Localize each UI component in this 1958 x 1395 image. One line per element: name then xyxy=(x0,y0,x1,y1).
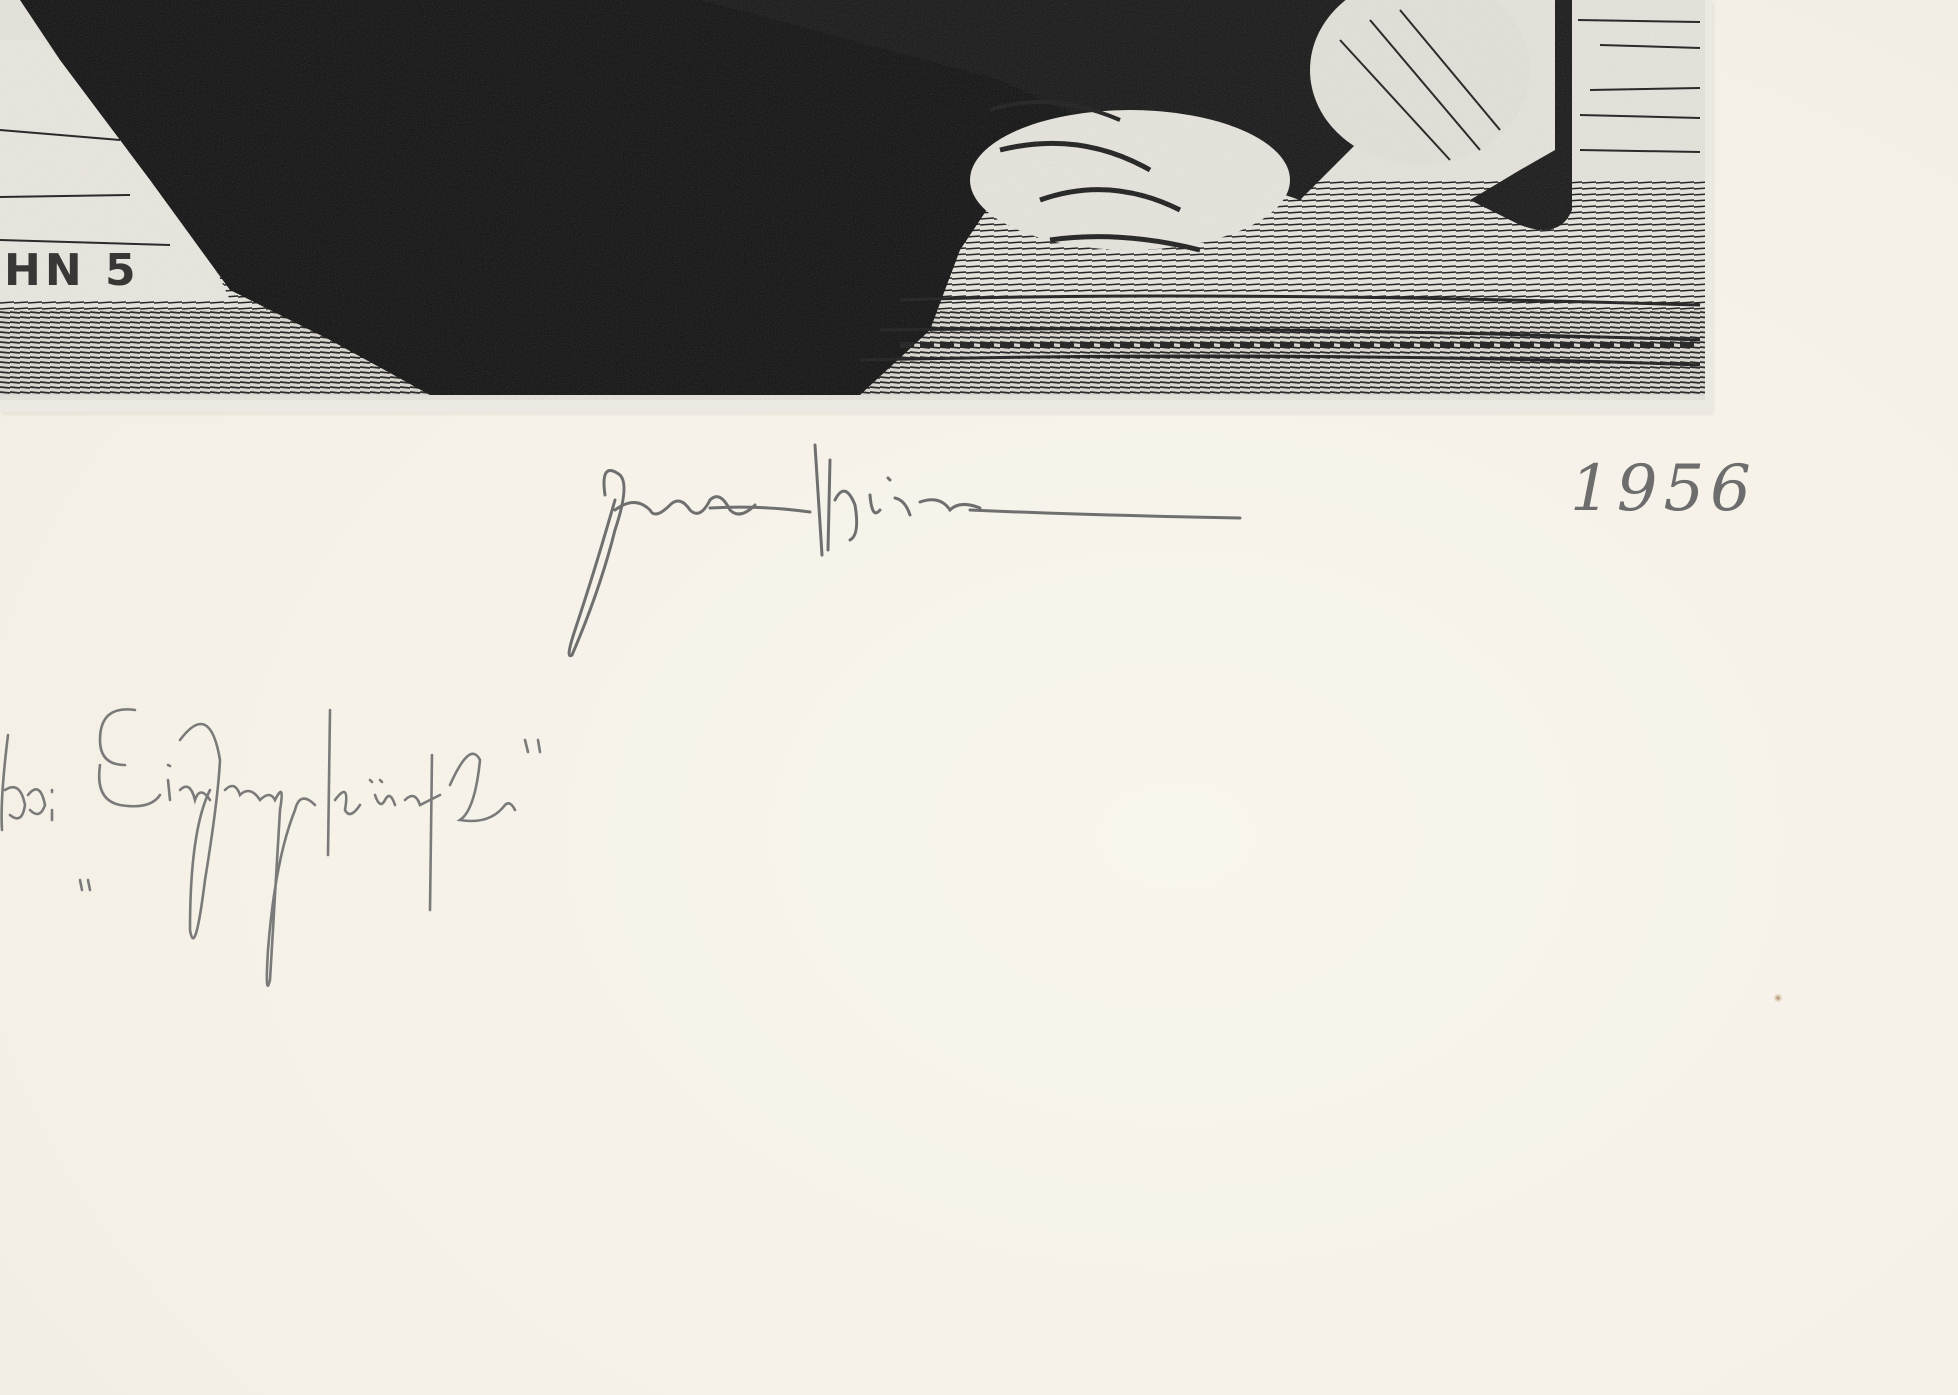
etching-image xyxy=(0,0,1705,400)
plate-inscription: HN 5 xyxy=(4,245,140,296)
etching-plate: HN 5 xyxy=(0,0,1705,400)
title-prefix: kdi: xyxy=(0,780,110,848)
foxing-spot xyxy=(1774,994,1782,1002)
year-inscription: 1956 xyxy=(1570,452,1757,526)
title-quote: „Ein Hungerkünstler“ xyxy=(129,780,773,848)
